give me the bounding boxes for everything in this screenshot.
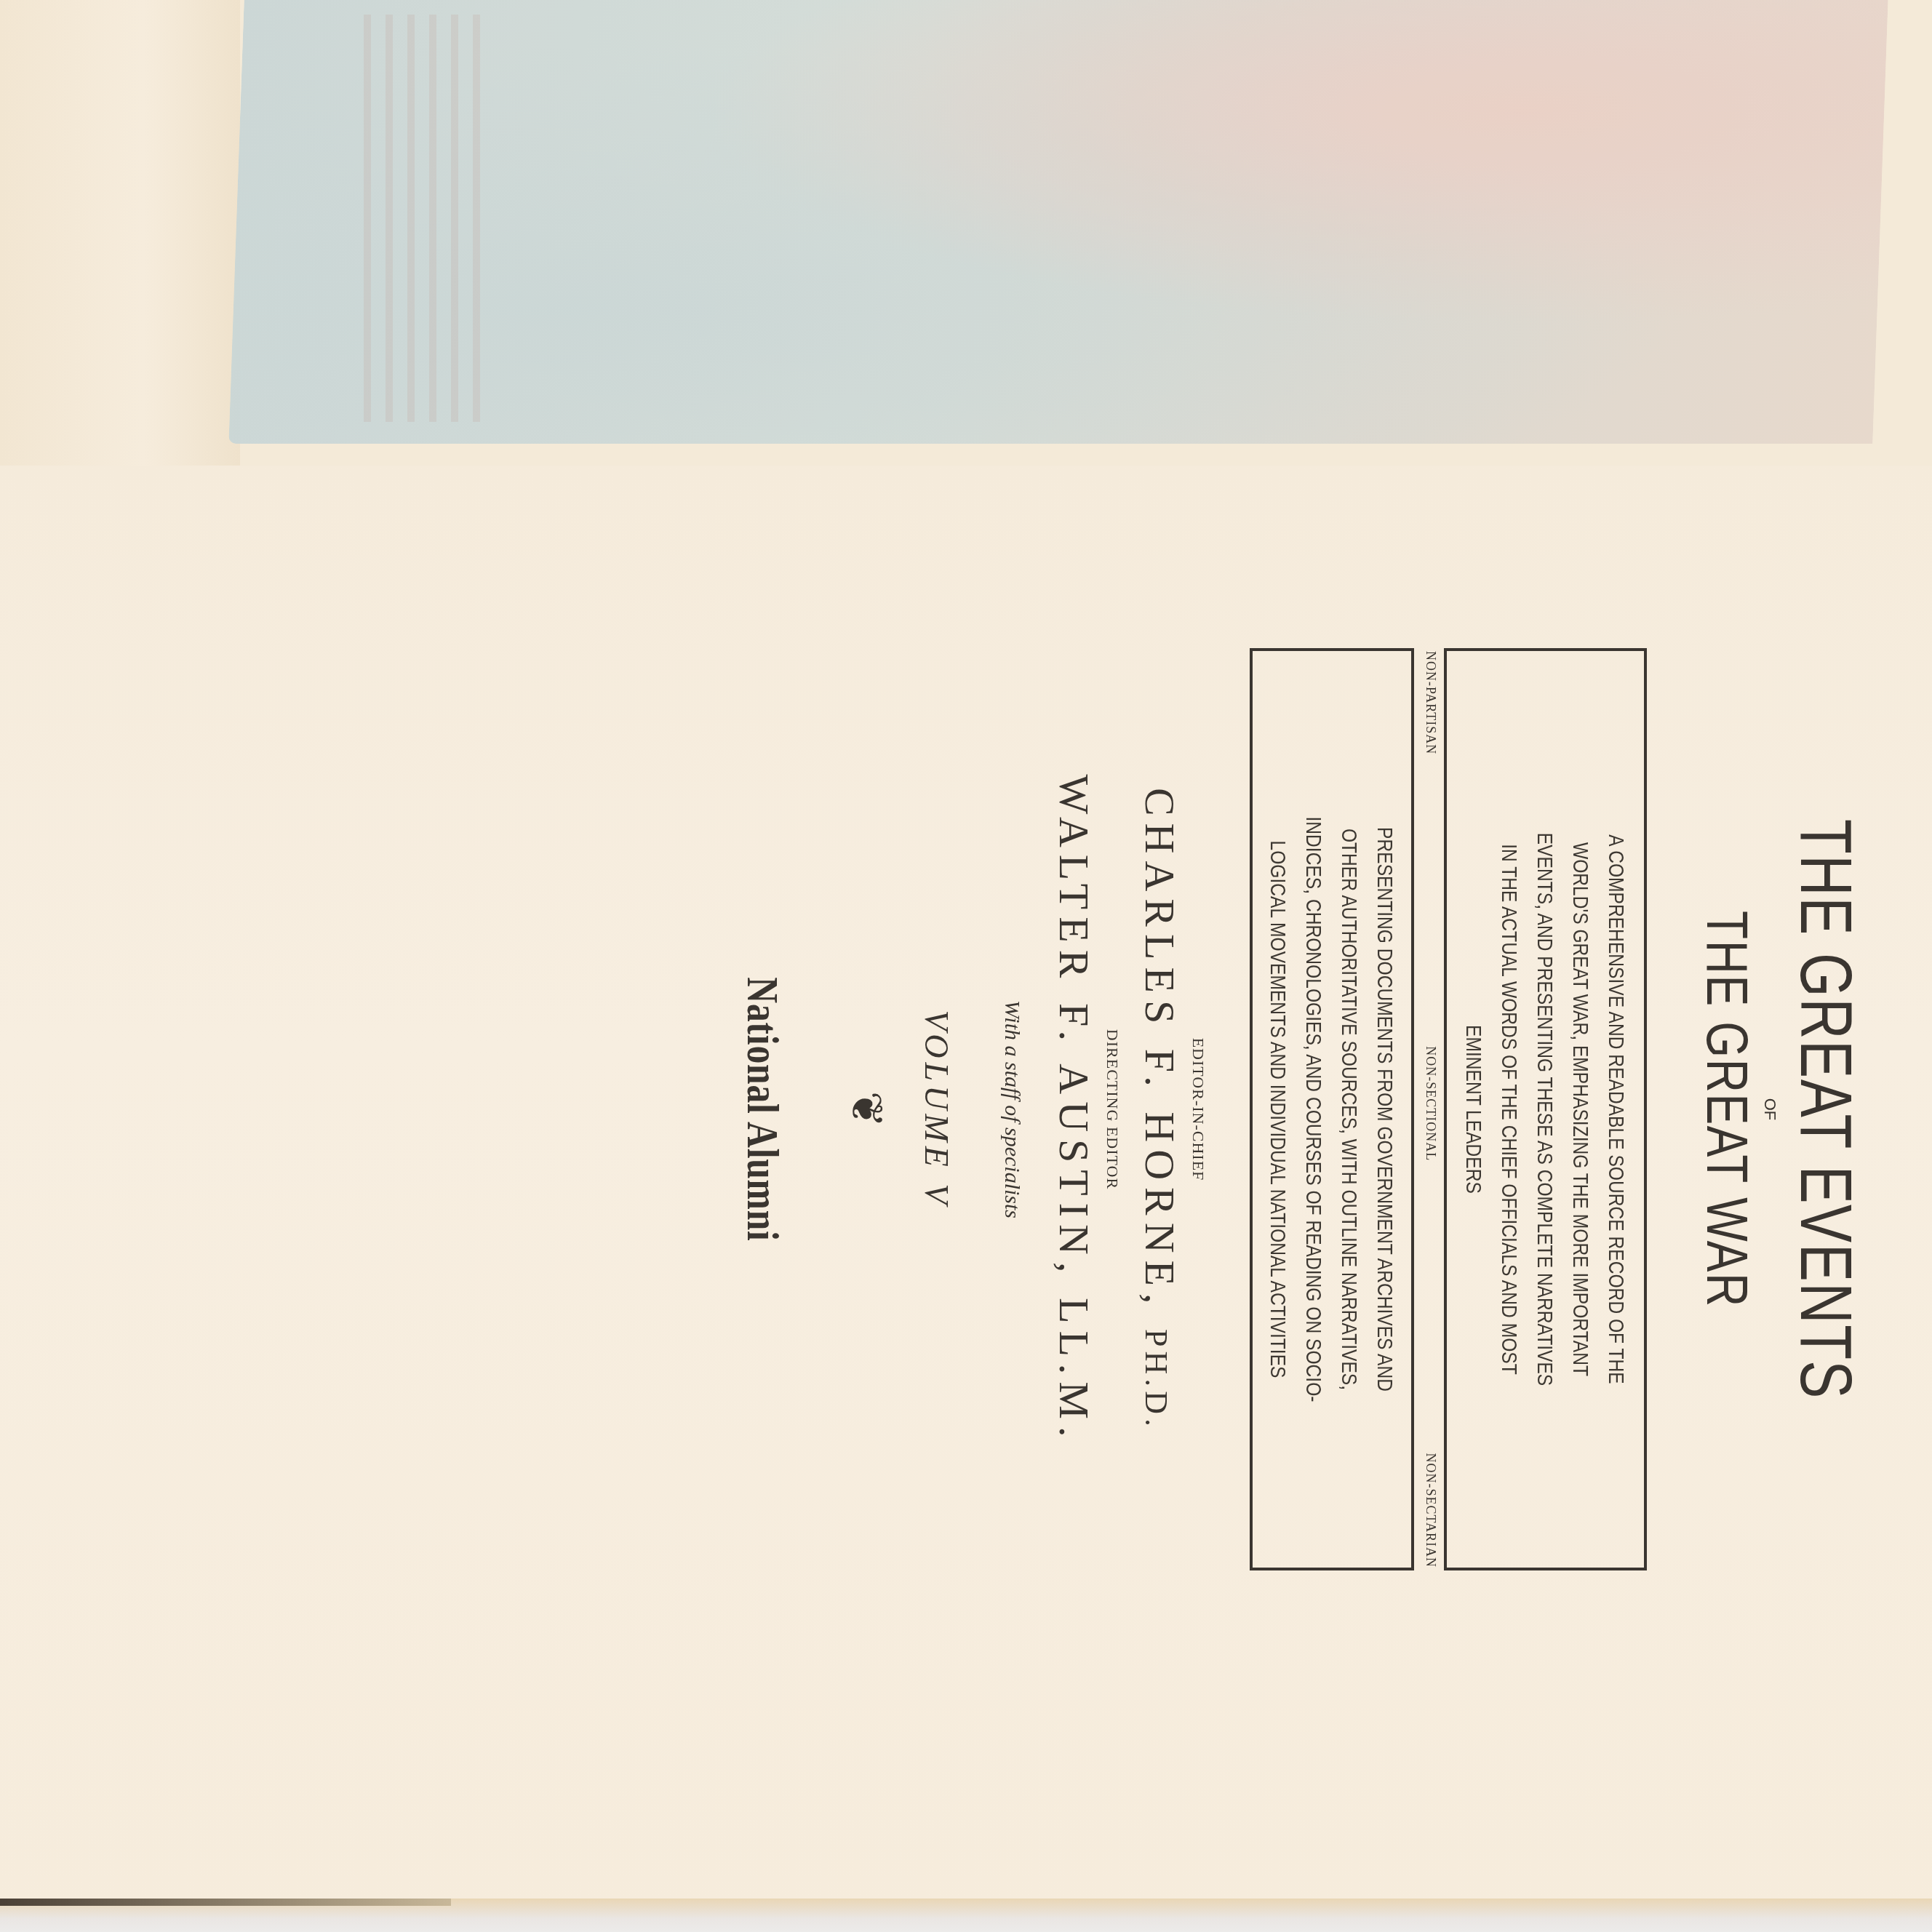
directing-editor-name: WALTER F. AUSTIN, LL.M. [1050,626,1097,1593]
editor-in-chief-label: EDITOR-IN-CHIEF [1189,626,1207,1593]
contents-line: LOGICAL MOVEMENTS AND INDIVIDUAL NATIONA… [1260,740,1296,1480]
description-box: A COMPREHENSIVE AND READABLE SOURCE RECO… [1444,648,1647,1570]
staff-note: With a staff of specialists [999,626,1024,1593]
publisher-name: National Alumni [736,722,788,1496]
tag-non-sectarian: NON-SECTARIAN [1423,1453,1438,1568]
contents-line: OTHER AUTHORITATIVE SOURCES, WITH OUTLIN… [1331,740,1367,1480]
editor-in-chief-name-text: CHARLES F. HORNE, [1136,788,1183,1329]
title-connector: OF [1760,626,1779,1593]
contents-line: PRESENTING DOCUMENTS FROM GOVERNMENT ARC… [1367,740,1402,1480]
fleuron-ornament-icon: ❦ [845,626,888,1593]
title-page-content: THE GREAT EVENTS OF THE GREAT WAR A COMP… [291,626,1877,1593]
description-line: EVENTS, AND PRESENTING THESE AS COMPLETE… [1527,740,1562,1480]
tagline-row: NON-PARTISAN NON-SECTIONAL NON-SECTARIAN [1423,651,1438,1568]
tag-non-sectional: NON-SECTIONAL [1423,1046,1438,1161]
editor-in-chief-degree: PH.D. [1138,1329,1174,1431]
description-line: A COMPREHENSIVE AND READABLE SOURCE RECO… [1598,740,1634,1480]
previous-page-edge [0,0,240,466]
frontispiece-page [0,0,1932,476]
description-line: EMINENT LEADERS [1456,740,1491,1480]
volume-number: VOLUME V [917,626,956,1593]
book-title: THE GREAT EVENTS [1789,732,1862,1486]
description-line: IN THE ACTUAL WORDS OF THE CHIEF OFFICIA… [1491,740,1527,1480]
directing-editor-label: DIRECTING EDITOR [1103,626,1122,1593]
contents-line: INDICES, CHRONOLOGIES, AND COURSES OF RE… [1296,740,1331,1480]
bleed-through-text [364,15,495,422]
contents-box: PRESENTING DOCUMENTS FROM GOVERNMENT ARC… [1250,648,1414,1570]
tag-non-partisan: NON-PARTISAN [1423,651,1438,754]
description-line: WORLD'S GREAT WAR, EMPHASIZING THE MORE … [1562,740,1598,1480]
page-edges [0,1899,1932,1932]
editor-in-chief-name: CHARLES F. HORNE, PH.D. [1136,626,1183,1593]
book-subtitle: THE GREAT WAR [1698,722,1756,1496]
